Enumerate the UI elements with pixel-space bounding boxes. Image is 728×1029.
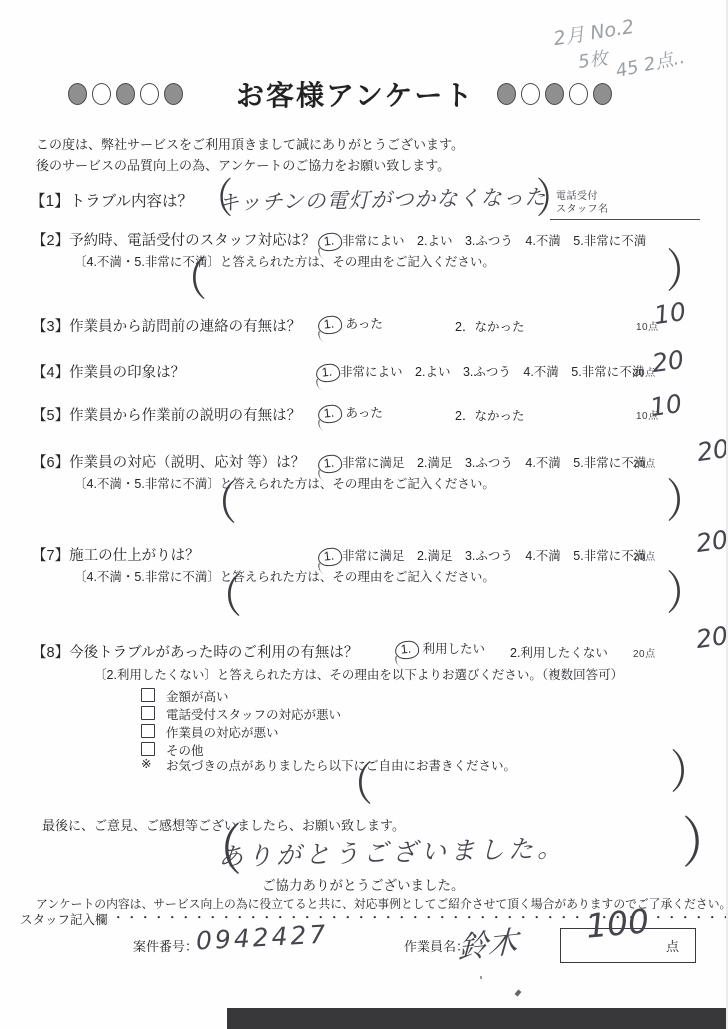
q6-score-handwriting: 20 [695, 434, 728, 467]
q2-option-1: 非常によい [342, 234, 405, 248]
q5-label: 【5】作業員から作業前の説明の有無は？ [32, 404, 301, 425]
scan-speck [480, 976, 482, 979]
q3-score-handwriting: 10 [652, 297, 688, 330]
q4-label: 【4】作業員の印象は？ [32, 361, 185, 382]
case-number-label: 案件番号： [133, 936, 198, 955]
deco-circles-left [68, 83, 188, 105]
pencil-note-sheets: 5枚 [576, 44, 609, 74]
deco-circle-open [92, 83, 111, 105]
page-title: お客様アンケート [236, 74, 474, 114]
scan-speck [515, 989, 522, 996]
q6-circled-answer: 1. [317, 454, 343, 474]
q2-circled-answer: 1. [317, 232, 343, 252]
q2-label: 【2】予約時、電話受付のスタッフ対応は？ [32, 229, 316, 250]
q5-circled-answer: 1. [317, 404, 343, 424]
q7-options: 1.非常に満足 2.満足 3.ふつう 4.不満 5.非常に不満 [318, 546, 646, 566]
case-number-handwriting: 0942427 [195, 920, 329, 956]
deco-circle-filled [545, 83, 564, 105]
q2-reason-note: 〔4.不満・5.非常に不満〕と答えられた方は、その理由をご記入ください。 [74, 252, 495, 270]
q7-reason-close-paren: ） [666, 571, 706, 617]
checkbox-icon [141, 706, 155, 720]
deco-circle-filled [116, 83, 135, 105]
checkbox-icon [141, 688, 155, 702]
comment-close-paren: ） [682, 817, 728, 872]
q7-reason-open-paren: （ [202, 574, 242, 620]
q3-circled-answer: 1. [317, 315, 343, 335]
q4-options: 1.非常によい 2.よい 3.ふつう 4.不満 5.非常に不満 [316, 362, 644, 382]
q1-label: 【1】トラブル内容は？ [30, 189, 193, 211]
q6-label: 【6】作業員の対応（説明、応対 等）は？ [32, 451, 305, 472]
q2-options: 1.非常によい 2.よい 3.ふつう 4.不満 5.非常に不満 [318, 231, 646, 251]
q5-option-2: 2．なかった [455, 406, 524, 424]
q5-score-handwriting: 10 [648, 389, 684, 422]
scan-shadow-bar [227, 1008, 728, 1029]
q6-option-1: 非常に満足 [342, 456, 405, 470]
q4-option-1: 非常によい [340, 365, 403, 379]
deco-circle-open [140, 83, 159, 105]
q6-reason-close-paren: ） [666, 479, 706, 525]
q3-label: 【3】作業員から訪問前の連絡の有無は？ [32, 315, 301, 336]
deco-circle-open [569, 83, 588, 105]
q8-score-handwriting: 20 [694, 621, 728, 654]
q7-score-label: 20点 [633, 548, 656, 563]
q7-option-1: 非常に満足 [342, 549, 405, 563]
deco-circle-filled [497, 83, 516, 105]
checkbox-icon [141, 742, 155, 756]
q3-option-2: 2．なかった [455, 317, 524, 335]
q8-checkbox-label-2: 電話受付スタッフの対応が悪い [166, 705, 341, 723]
q7-options-rest: 2.満足 3.ふつう 4.不満 5.非常に不満 [417, 549, 646, 563]
q5-option-1: 1. あった [318, 403, 383, 423]
deco-circle-filled [68, 83, 87, 105]
q8-free-open-paren: （ [333, 762, 373, 808]
q7-score-handwriting: 20 [694, 525, 728, 558]
score-unit-label: 点 [666, 936, 679, 955]
intro-line-2: 後のサービスの品質向上の為、アンケートのご協力をお願い致します。 [36, 155, 450, 174]
q8-score-label: 20点 [633, 645, 656, 660]
q6-score-label: 20点 [633, 455, 656, 470]
q8-label: 【8】今後トラブルがあった時のご利用の有無は？ [32, 641, 358, 662]
q8-free-close-paren: ） [670, 750, 710, 796]
closing-thanks: ご協力ありがとうございました。 [262, 874, 465, 894]
staff-name-underline [550, 219, 700, 220]
q5-option-1-label: あった [345, 406, 382, 420]
q6-reason-note: 〔4.不満・5.非常に不満〕と答えられた方は、その理由をご記入ください。 [74, 474, 495, 492]
worker-name-handwriting: 鈴木 [457, 917, 518, 968]
q2-reason-close-paren: ） [666, 249, 706, 295]
q8-circled-answer: 1. [394, 640, 420, 660]
q8-option-1-label: 利用したい [422, 642, 485, 656]
q8-option-2: 2.利用したくない [510, 643, 608, 661]
intro-line-1: この度は、弊社サービスをご利用頂きまして誠にありがとうございます。 [36, 134, 464, 153]
deco-circles-right [497, 83, 617, 105]
q8-checkbox-label-3: 作業員の対応が悪い [166, 723, 279, 741]
q3-option-1-label: あった [345, 317, 382, 331]
q7-reason-note: 〔4.不満・5.非常に不満〕と答えられた方は、その理由をご記入ください。 [74, 567, 495, 585]
q6-options-rest: 2.満足 3.ふつう 4.不満 5.非常に不満 [417, 456, 646, 470]
star-icon: ※ [141, 756, 151, 771]
q4-circled-answer: 1. [315, 363, 341, 383]
deco-circle-filled [593, 83, 612, 105]
q4-score-handwriting: 20 [650, 345, 686, 378]
q4-options-rest: 2.よい 3.ふつう 4.不満 5.非常に不満 [415, 365, 644, 379]
q8-option-1: 1. 利用したい [395, 639, 485, 659]
q8-checkbox-label-1: 金額が高い [166, 687, 229, 705]
q8-reason-note: 〔2.利用したくない〕と答えられた方は、その理由を以下よりお選びください。（複数… [94, 665, 623, 683]
q2-options-rest: 2.よい 3.ふつう 4.不満 5.非常に不満 [417, 234, 646, 248]
staff-entry-label: スタッフ記入欄 [20, 910, 108, 928]
pencil-note-score: 45 2点‥ [613, 43, 687, 83]
q1-answer-handwriting: キッチンの電灯がつかなくなった [218, 181, 547, 217]
survey-sheet: 2月 No.2 5枚 45 2点‥ お客様アンケート この度は、弊社サービスをご… [0, 0, 728, 1029]
staff-name-label: スタッフ名 [556, 200, 609, 215]
closing-comment-handwriting: ありがとうございました。 [218, 828, 567, 873]
q3-option-1: 1. あった [318, 314, 383, 334]
score-value-handwriting: 100 [584, 901, 650, 945]
deco-circle-open [521, 83, 540, 105]
q7-label: 【7】施工の仕上がりは？ [32, 544, 200, 565]
q2-reason-open-paren: （ [167, 257, 207, 303]
q6-options: 1.非常に満足 2.満足 3.ふつう 4.不満 5.非常に不満 [318, 453, 646, 473]
q6-reason-open-paren: （ [197, 481, 237, 527]
deco-circle-filled [164, 83, 183, 105]
q7-circled-answer: 1. [317, 547, 343, 567]
checkbox-icon [141, 724, 155, 738]
